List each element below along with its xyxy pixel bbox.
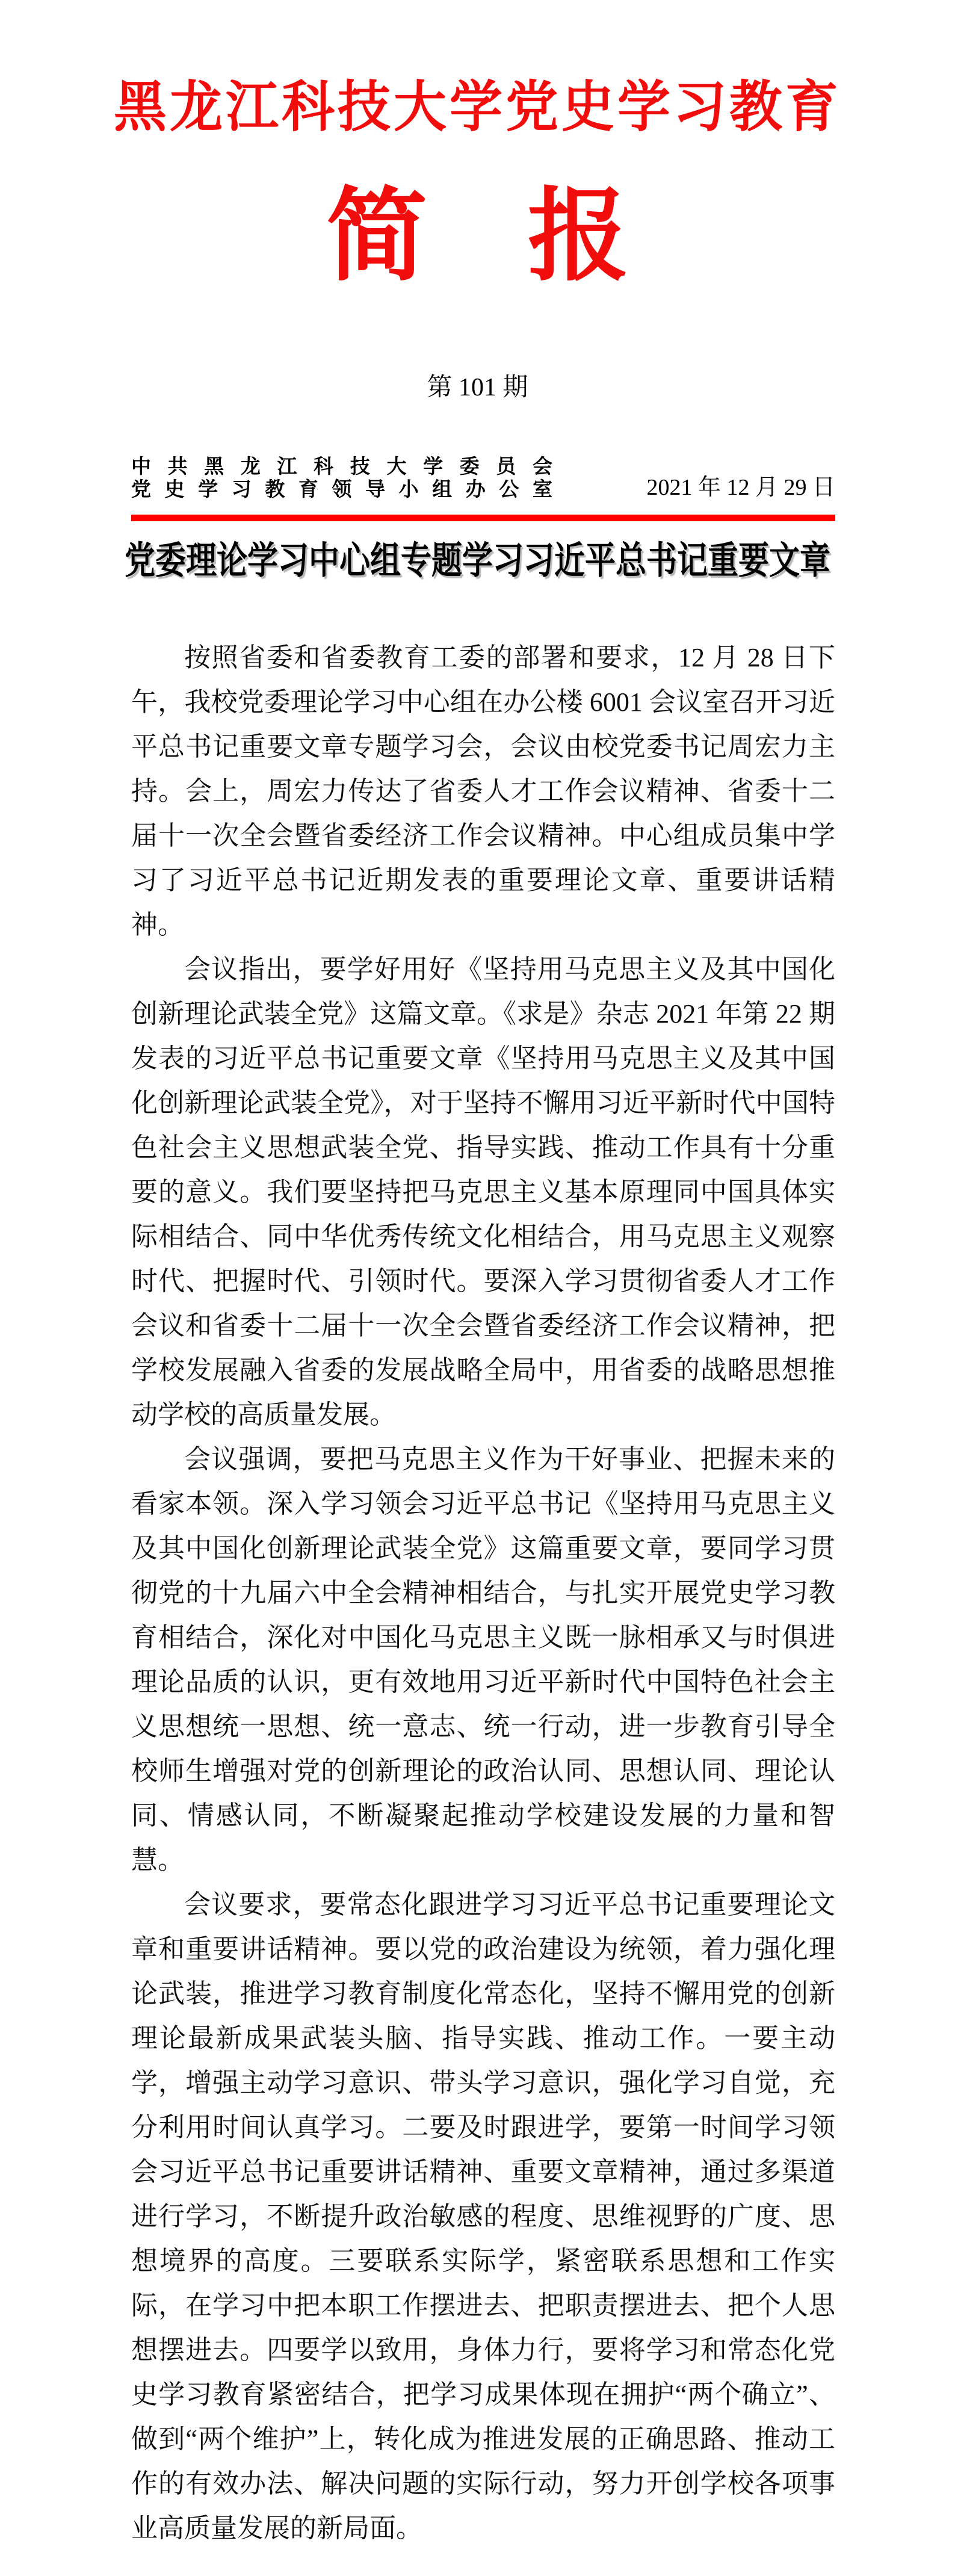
article-body: 按照省委和省委教育工委的部署和要求，12 月 28 日下午，我校党委理论学习中心… bbox=[131, 636, 835, 2551]
masthead-divider-rule bbox=[131, 515, 835, 521]
bulletin-page: 黑龙江科技大学党史学习教育 简 报 第 101 期 中 共 黑 龙 江 科 技 … bbox=[0, 0, 955, 2576]
article-paragraph-4: 会议要求，要常态化跟进学习习近平总书记重要理论文章和重要讲话精神。要以党的政治建… bbox=[131, 1883, 835, 2551]
article-paragraph-3: 会议强调，要把马克思主义作为干好事业、把握未来的看家本领。深入学习领会习近平总书… bbox=[131, 1437, 835, 1883]
organization-title: 黑龙江科技大学党史学习教育 bbox=[0, 78, 955, 138]
article-paragraph-1: 按照省委和省委教育工委的部署和要求，12 月 28 日下午，我校党委理论学习中心… bbox=[131, 636, 835, 947]
article-headline: 党委理论学习中心组专题学习习近平总书记重要文章 bbox=[125, 542, 830, 582]
issuer-line-1: 中 共 黑 龙 江 科 技 大 学 委 员 会 bbox=[131, 455, 552, 478]
issuer-block: 中 共 黑 龙 江 科 技 大 学 委 员 会 党 史 学 习 教 育 领 导 … bbox=[131, 455, 552, 501]
masthead-row: 中 共 黑 龙 江 科 技 大 学 委 员 会 党 史 学 习 教 育 领 导 … bbox=[131, 455, 835, 501]
bulletin-title: 简 报 bbox=[0, 184, 955, 289]
issuer-line-2: 党 史 学 习 教 育 领 导 小 组 办 公 室 bbox=[131, 478, 552, 501]
article-headline-wrap: 党委理论学习中心组专题学习习近平总书记重要文章 bbox=[0, 542, 955, 575]
article-paragraph-2: 会议指出，要学好用好《坚持用马克思主义及其中国化创新理论武装全党》这篇文章。《求… bbox=[131, 947, 835, 1437]
issue-date: 2021 年 12 月 29 日 bbox=[646, 475, 835, 501]
issue-number: 第 101 期 bbox=[0, 373, 955, 402]
